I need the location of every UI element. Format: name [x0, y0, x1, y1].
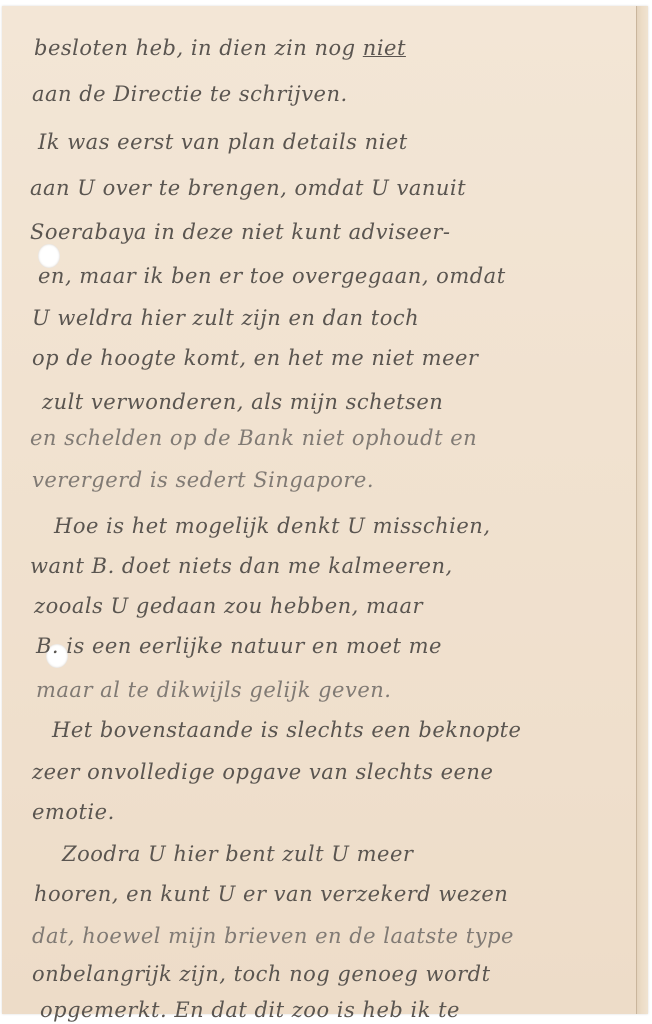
letter-line: B. is een eerlijke natuur en moet me — [36, 634, 442, 658]
letter-line: zooals U gedaan zou hebben, maar — [34, 594, 423, 618]
letter-line: opgemerkt. En dat dit zoo is heb ik te — [40, 998, 460, 1022]
letter-line: hooren, en kunt U er van verzekerd wezen — [34, 882, 508, 906]
letter-line: aan U over te brengen, omdat U vanuit — [30, 176, 466, 200]
letter-line: dat, hoewel mijn brieven en de laatste t… — [32, 924, 514, 948]
letter-line: verergerd is sedert Singapore. — [32, 468, 374, 492]
page-edge — [636, 6, 648, 1014]
letter-line: Hoe is het mogelijk denkt U misschien, — [54, 514, 491, 538]
letter-line: besloten heb, in dien zin nog niet — [34, 36, 406, 60]
underlined-word: niet — [363, 36, 406, 60]
letter-line: want B. doet niets dan me kalmeeren, — [30, 554, 453, 578]
text-segment: besloten heb, in dien zin nog — [34, 36, 363, 60]
letter-line: zult verwonderen, als mijn schetsen — [42, 390, 443, 414]
letter-line: onbelangrijk zijn, toch nog genoeg wordt — [32, 962, 491, 986]
letter-line: Het bovenstaande is slechts een beknopte — [52, 718, 521, 742]
letter-line: en, maar ik ben er toe overgegaan, omdat — [38, 264, 506, 288]
letter-line: Zoodra U hier bent zult U meer — [62, 842, 413, 866]
letter-line: aan de Directie te schrijven. — [32, 82, 348, 106]
letter-line: en schelden op de Bank niet ophoudt en — [30, 426, 477, 450]
letter-line: emotie. — [32, 800, 115, 824]
letter-line: zeer onvolledige opgave van slechts eene — [32, 760, 493, 784]
letter-line: Ik was eerst van plan details niet — [38, 130, 408, 154]
letter-line: op de hoogte komt, en het me niet meer — [32, 346, 478, 370]
letter-line: U weldra hier zult zijn en dan toch — [32, 306, 419, 330]
letter-page: besloten heb, in dien zin nog niet aan d… — [2, 6, 648, 1014]
letter-line: maar al te dikwijls gelijk geven. — [36, 678, 391, 702]
letter-line: Soerabaya in deze niet kunt adviseer- — [30, 220, 450, 244]
